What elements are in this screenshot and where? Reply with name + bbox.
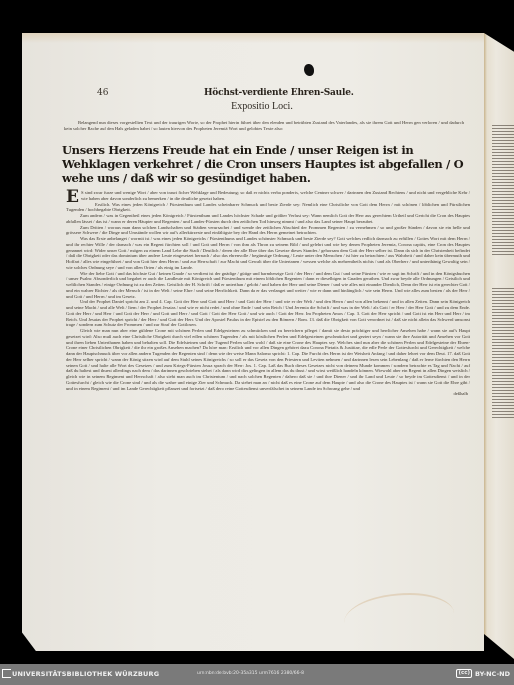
paragraph: Und der Prophet Daniel spricht am 2. und… [66,299,470,328]
section-title: Expositio Loci. [0,101,514,112]
running-title: Höchst-verdiente Ehren-Saule. [204,88,354,98]
license-label: BY-NC-ND [475,670,510,678]
drop-cap: E [66,190,79,205]
page-stain [22,33,484,43]
scripture-heading: Unsers Herzens Freude hat ein Ende / uns… [62,143,472,185]
paragraph: Was das Erste anbelanget / wormit ist / … [66,236,470,271]
library-logo-icon [2,669,11,678]
catchword: deßhalb [66,391,468,397]
library-logo[interactable]: UNIVERSITÄTSBIBLIOTHEK WÜRZBURG [2,669,159,678]
urn-link[interactable]: urn:nbn:de:bvb:20-35a315 urm7616 2380/66… [197,671,304,676]
paragraph: Erstlich. Was eines jeden Königreich / F… [66,202,470,214]
paragraph: Gleich wie man nun aber eine güldene Cro… [66,328,470,391]
page-stain [344,593,454,643]
paragraph: Zum Dritten / woraus man dann solchen La… [66,225,470,237]
paragraph: E S sind zwar furze und wenige Wort / ab… [66,190,470,202]
body-text: E S sind zwar furze und wenige Wort / ab… [66,190,470,397]
intro-paragraph: Belangend nun dieses vorgestellten Text … [64,120,464,132]
paragraph: Zum andern / was in Gegentheil eines jed… [66,213,470,225]
facing-page-text [492,288,514,418]
running-head: 46 Höchst-verdiente Ehren-Saule. [0,88,514,102]
institution-name: UNIVERSITÄTSBIBLIOTHEK WÜRZBURG [12,670,159,678]
creative-commons-icon: (cc) [456,669,472,678]
document-viewer: 46 Höchst-verdiente Ehren-Saule. Exposit… [0,0,514,664]
paragraph: Wie der liebe Gott / und das höchste Gut… [66,271,470,300]
facing-page-text [492,125,514,255]
ink-blot [304,64,314,76]
page-number: 46 [97,88,108,98]
license-link[interactable]: (cc) BY-NC-ND [456,669,510,678]
footer-bar: UNIVERSITÄTSBIBLIOTHEK WÜRZBURG urn:nbn:… [0,664,514,685]
